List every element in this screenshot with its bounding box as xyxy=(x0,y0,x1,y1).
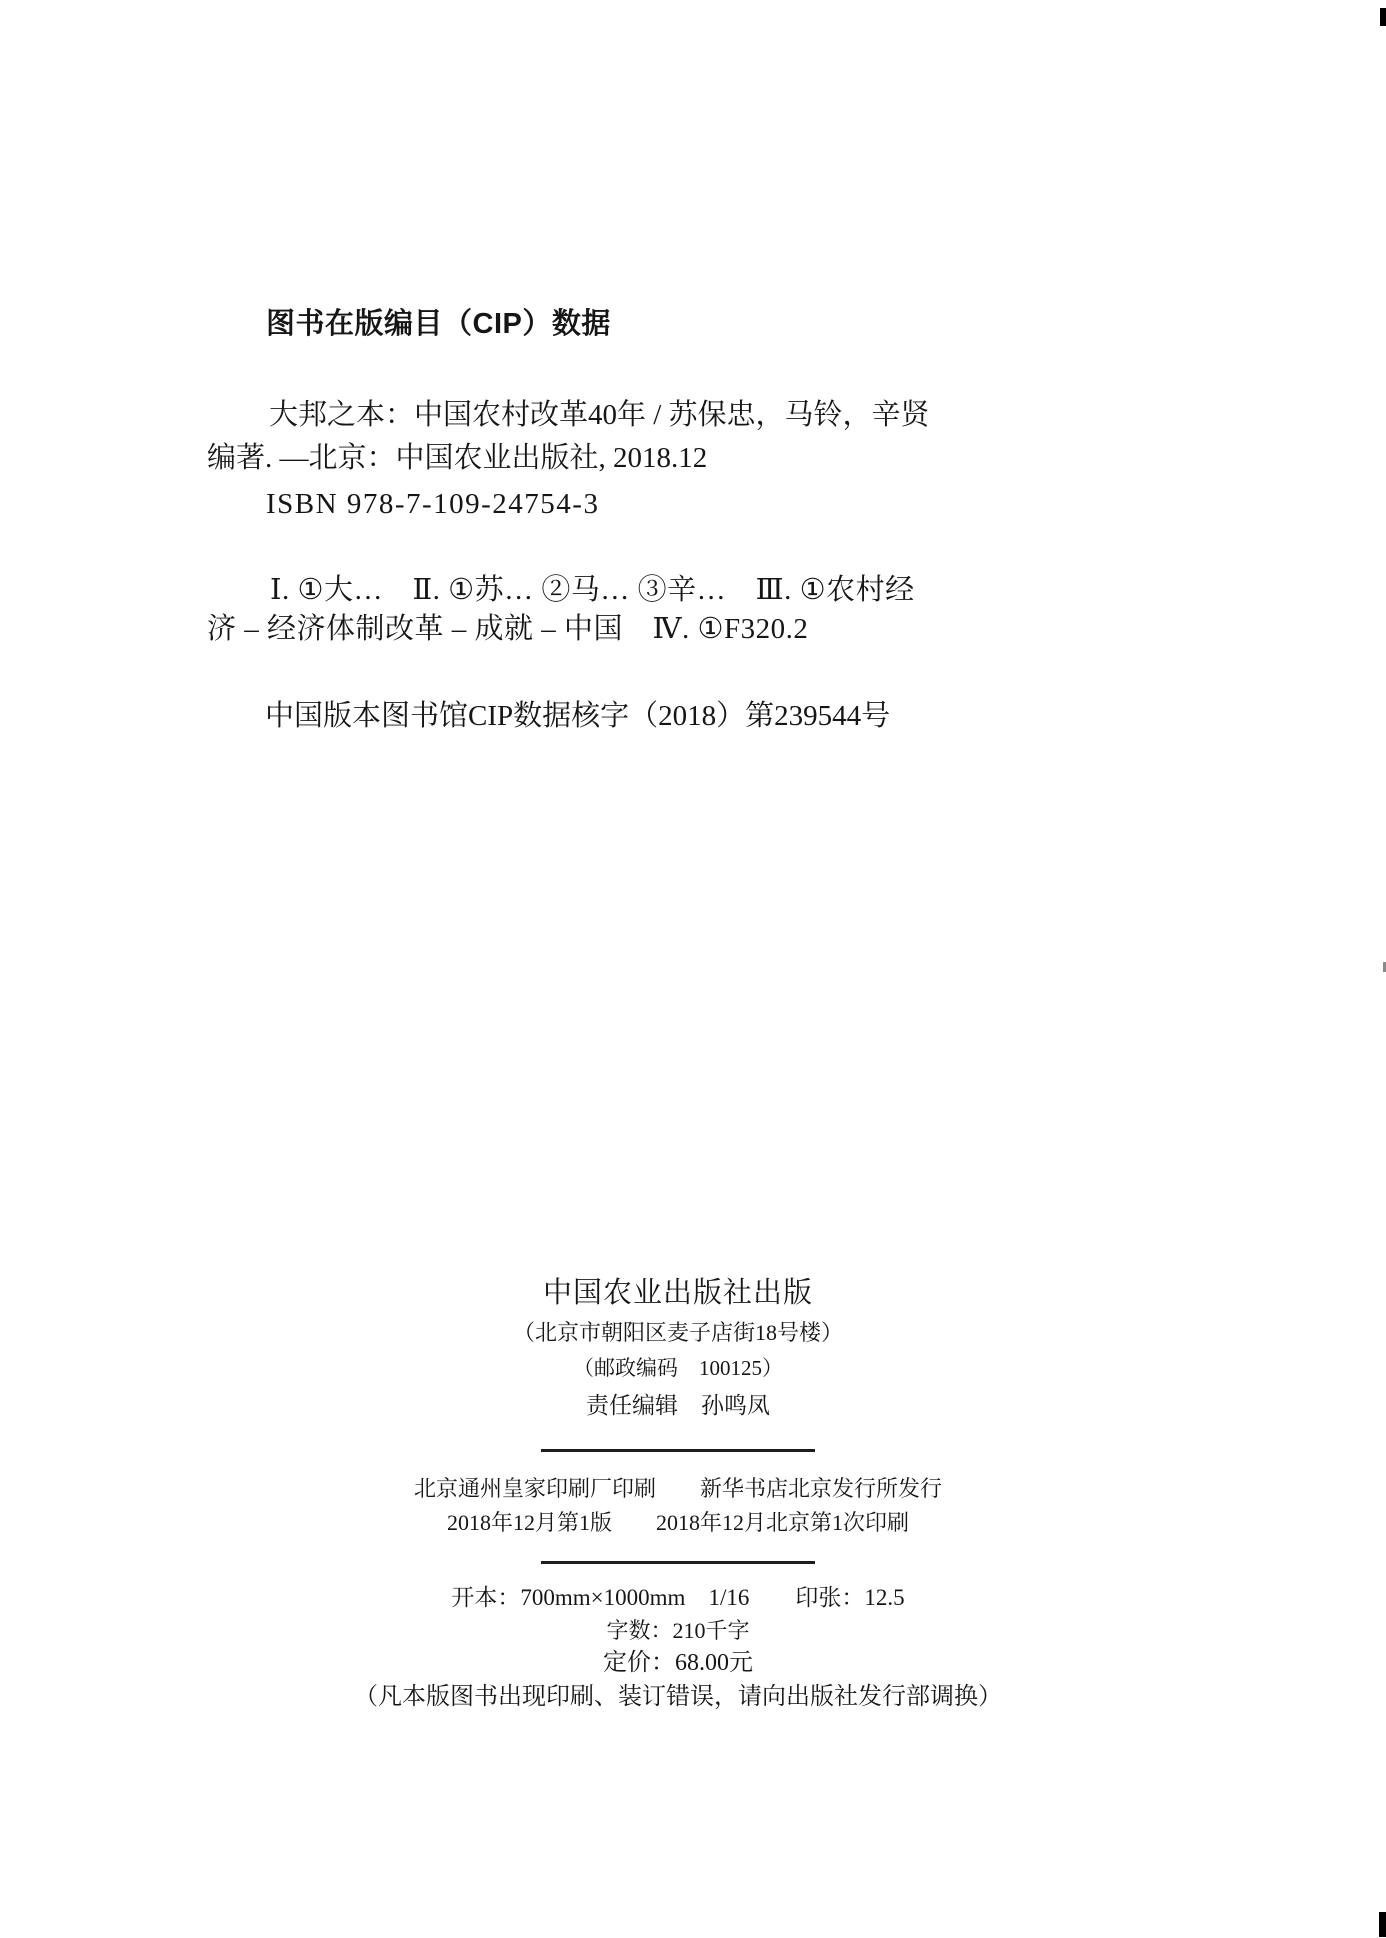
cip-record-publisher-line: 编著. —北京：中国农业出版社, 2018.12 xyxy=(207,444,707,473)
word-count-line: 字数：210千字 xyxy=(0,1620,1356,1642)
page-edge-mark-bottom xyxy=(1379,1912,1386,1937)
divider-rule-bottom xyxy=(541,1561,815,1564)
replacement-notice-line: （凡本版图书出现印刷、装订错误，请向出版社发行部调换） xyxy=(0,1685,1356,1709)
colophon-block: 中国农业出版社出版 （北京市朝阳区麦子店街18号楼） （邮政编码 100125）… xyxy=(0,0,1356,1938)
copyright-page: 图书在版编目（CIP）数据 大邦之本：中国农村改革40年 / 苏保忠，马铃，辛贤… xyxy=(0,0,1386,1938)
price-line: 定价：68.00元 xyxy=(0,1651,1356,1675)
cip-classification-line-1: Ⅰ. ①大… Ⅱ. ①苏… ②马… ③辛… Ⅲ. ①农村经 xyxy=(270,576,915,605)
postal-code-line: （邮政编码 100125） xyxy=(0,1358,1356,1379)
cip-classification-line-2: 济 – 经济体制改革 – 成就 – 中国 Ⅳ. ①F320.2 xyxy=(207,615,808,644)
cip-record-number: 中国版本图书馆CIP数据核字（2018）第239544号 xyxy=(265,702,890,731)
page-edge-mark-top xyxy=(1380,8,1386,26)
cip-heading: 图书在版编目（CIP）数据 xyxy=(266,310,611,339)
cip-record-title-line: 大邦之本：中国农村改革40年 / 苏保忠，马铃，辛贤 xyxy=(269,401,930,430)
publisher-address: （北京市朝阳区麦子店街18号楼） xyxy=(0,1322,1356,1344)
cip-isbn: ISBN 978-7-109-24754-3 xyxy=(266,490,599,519)
divider-rule-top xyxy=(541,1449,815,1452)
printer-distributor-line: 北京通州皇家印刷厂印刷 新华书店北京发行所发行 xyxy=(0,1478,1356,1500)
editor-line: 责任编辑 孙鸣凤 xyxy=(0,1394,1356,1417)
edition-printing-line: 2018年12月第1版 2018年12月北京第1次印刷 xyxy=(0,1512,1356,1534)
format-sheets-line: 开本：700mm×1000mm 1/16 印张：12.5 xyxy=(0,1586,1356,1609)
publisher-line: 中国农业出版社出版 xyxy=(0,1279,1356,1308)
